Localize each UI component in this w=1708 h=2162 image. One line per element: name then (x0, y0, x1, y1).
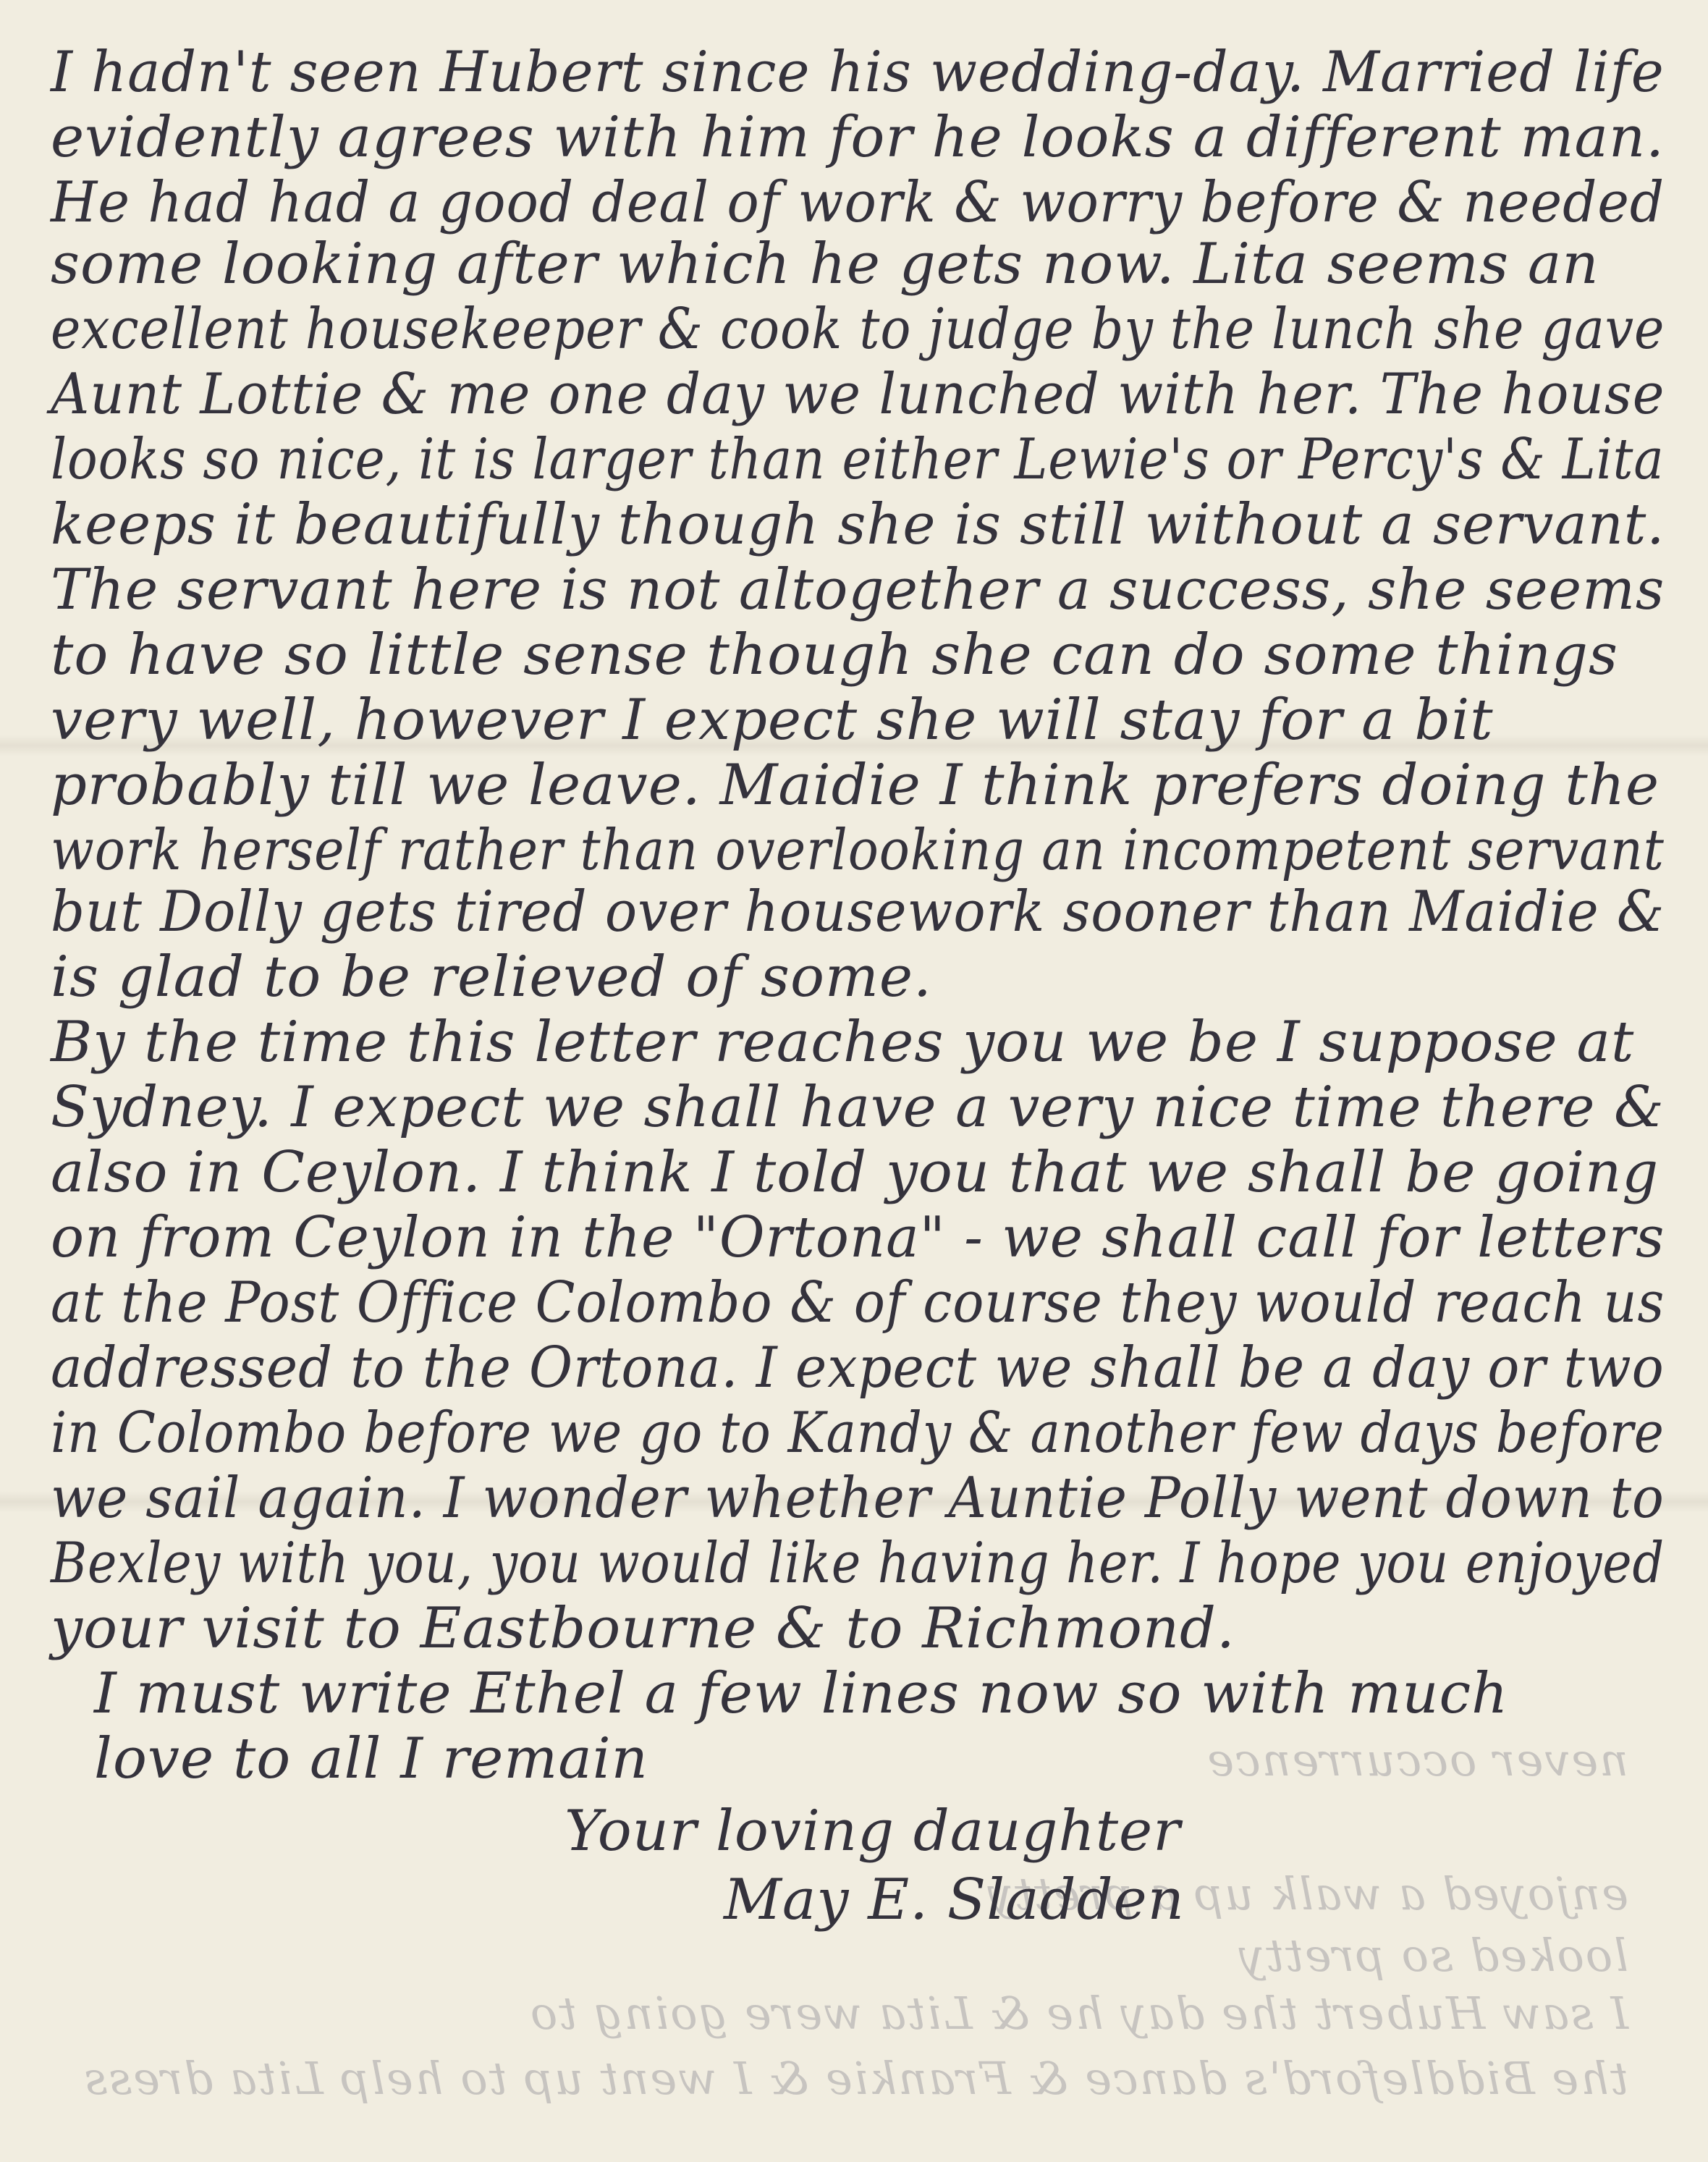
letter-line: looks so nice, it is larger than either … (51, 427, 1665, 492)
letter-line: Aunt Lottie & me one day we lunched with… (51, 362, 1665, 427)
letter-line: excellent housekeeper & cook to judge by… (51, 297, 1665, 362)
letter-line: in Colombo before we go to Kandy & anoth… (51, 1401, 1665, 1466)
letter-line: love to all I remain (94, 1726, 648, 1791)
letter-line: keeps it beautifully though she is still… (51, 492, 1665, 557)
letter-line: He had had a good deal of work & worry b… (51, 170, 1665, 235)
letter-line: Bexley with you, you would like having h… (51, 1531, 1665, 1596)
letter-line: some looking after which he gets now. Li… (51, 232, 1599, 297)
letter-line: The servant here is not altogether a suc… (51, 557, 1665, 622)
letter-line: By the time this letter reaches you we b… (51, 1010, 1634, 1075)
letter-line: we sail again. I wonder whether Auntie P… (51, 1466, 1665, 1531)
letter-line: but Dolly gets tired over housework soon… (51, 879, 1665, 945)
letter-line: very well, however I expect she will sta… (51, 688, 1494, 753)
letter-line: your visit to Eastbourne & to Richmond. (51, 1596, 1235, 1661)
letter-line: work herself rather than overlooking an … (51, 818, 1665, 883)
letter-closing: Your loving daughter (565, 1799, 1181, 1864)
letter-line: also in Ceylon. I think I told you that … (51, 1140, 1659, 1205)
letter-line: I must write Ethel a few lines now so wi… (94, 1661, 1508, 1726)
letter-line: on from Ceylon in the "Ortona" - we shal… (51, 1205, 1665, 1270)
letter-line: I hadn't seen Hubert since his wedding-d… (51, 40, 1665, 105)
letter-line: evidently agrees with him for he looks a… (51, 105, 1665, 170)
letter-signature: May E. Sladden (724, 1867, 1185, 1933)
letter-line: to have so little sense though she can d… (51, 622, 1618, 688)
letter-line: is glad to be relieved of some. (51, 945, 932, 1010)
letter-line: addressed to the Ortona. I expect we sha… (51, 1335, 1665, 1401)
letter-body: I hadn't seen Hubert since his wedding-d… (0, 0, 1708, 2162)
letter-line: probably till we leave. Maidie I think p… (51, 753, 1660, 818)
letter-line: Sydney. I expect we shall have a very ni… (51, 1075, 1665, 1140)
letter-line: at the Post Office Colombo & of course t… (51, 1270, 1665, 1335)
